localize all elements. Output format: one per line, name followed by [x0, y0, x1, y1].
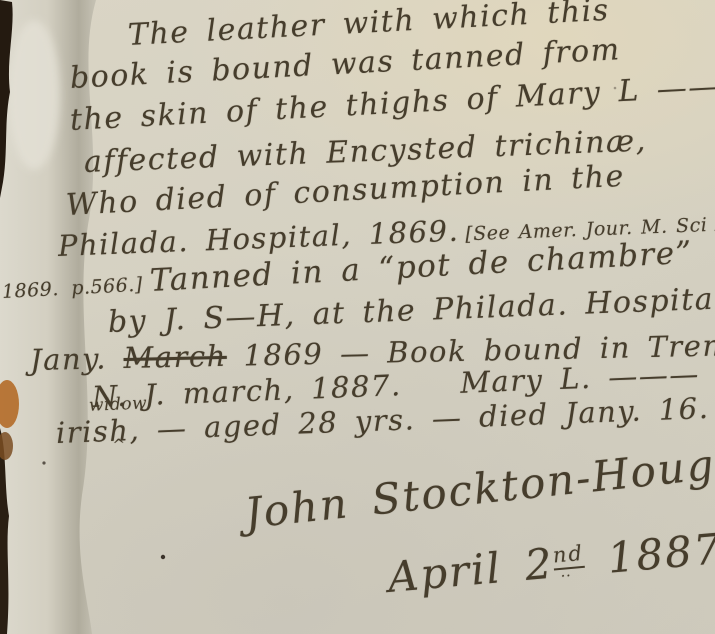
paper-speck — [42, 461, 45, 464]
caret-mark: ^ — [112, 435, 127, 454]
ordinal-superscript: nd — [552, 541, 585, 571]
fold-highlight — [8, 20, 60, 170]
handwritten-inscription-page: The leather with which this book is boun… — [0, 0, 715, 634]
ordinal-wrap: nd·· — [551, 536, 586, 588]
struck-word-march: March — [123, 339, 227, 375]
inscription-line-11-pre: irish, — [55, 413, 140, 450]
inscription-line-9-pre: Jany. — [30, 341, 108, 377]
inserted-word-widow: widow — [89, 393, 148, 415]
insertion-wrap: irish, widow ^ — [55, 413, 140, 450]
paper-speck — [161, 555, 165, 559]
ordinal-underline-dots: ·· — [560, 568, 572, 585]
